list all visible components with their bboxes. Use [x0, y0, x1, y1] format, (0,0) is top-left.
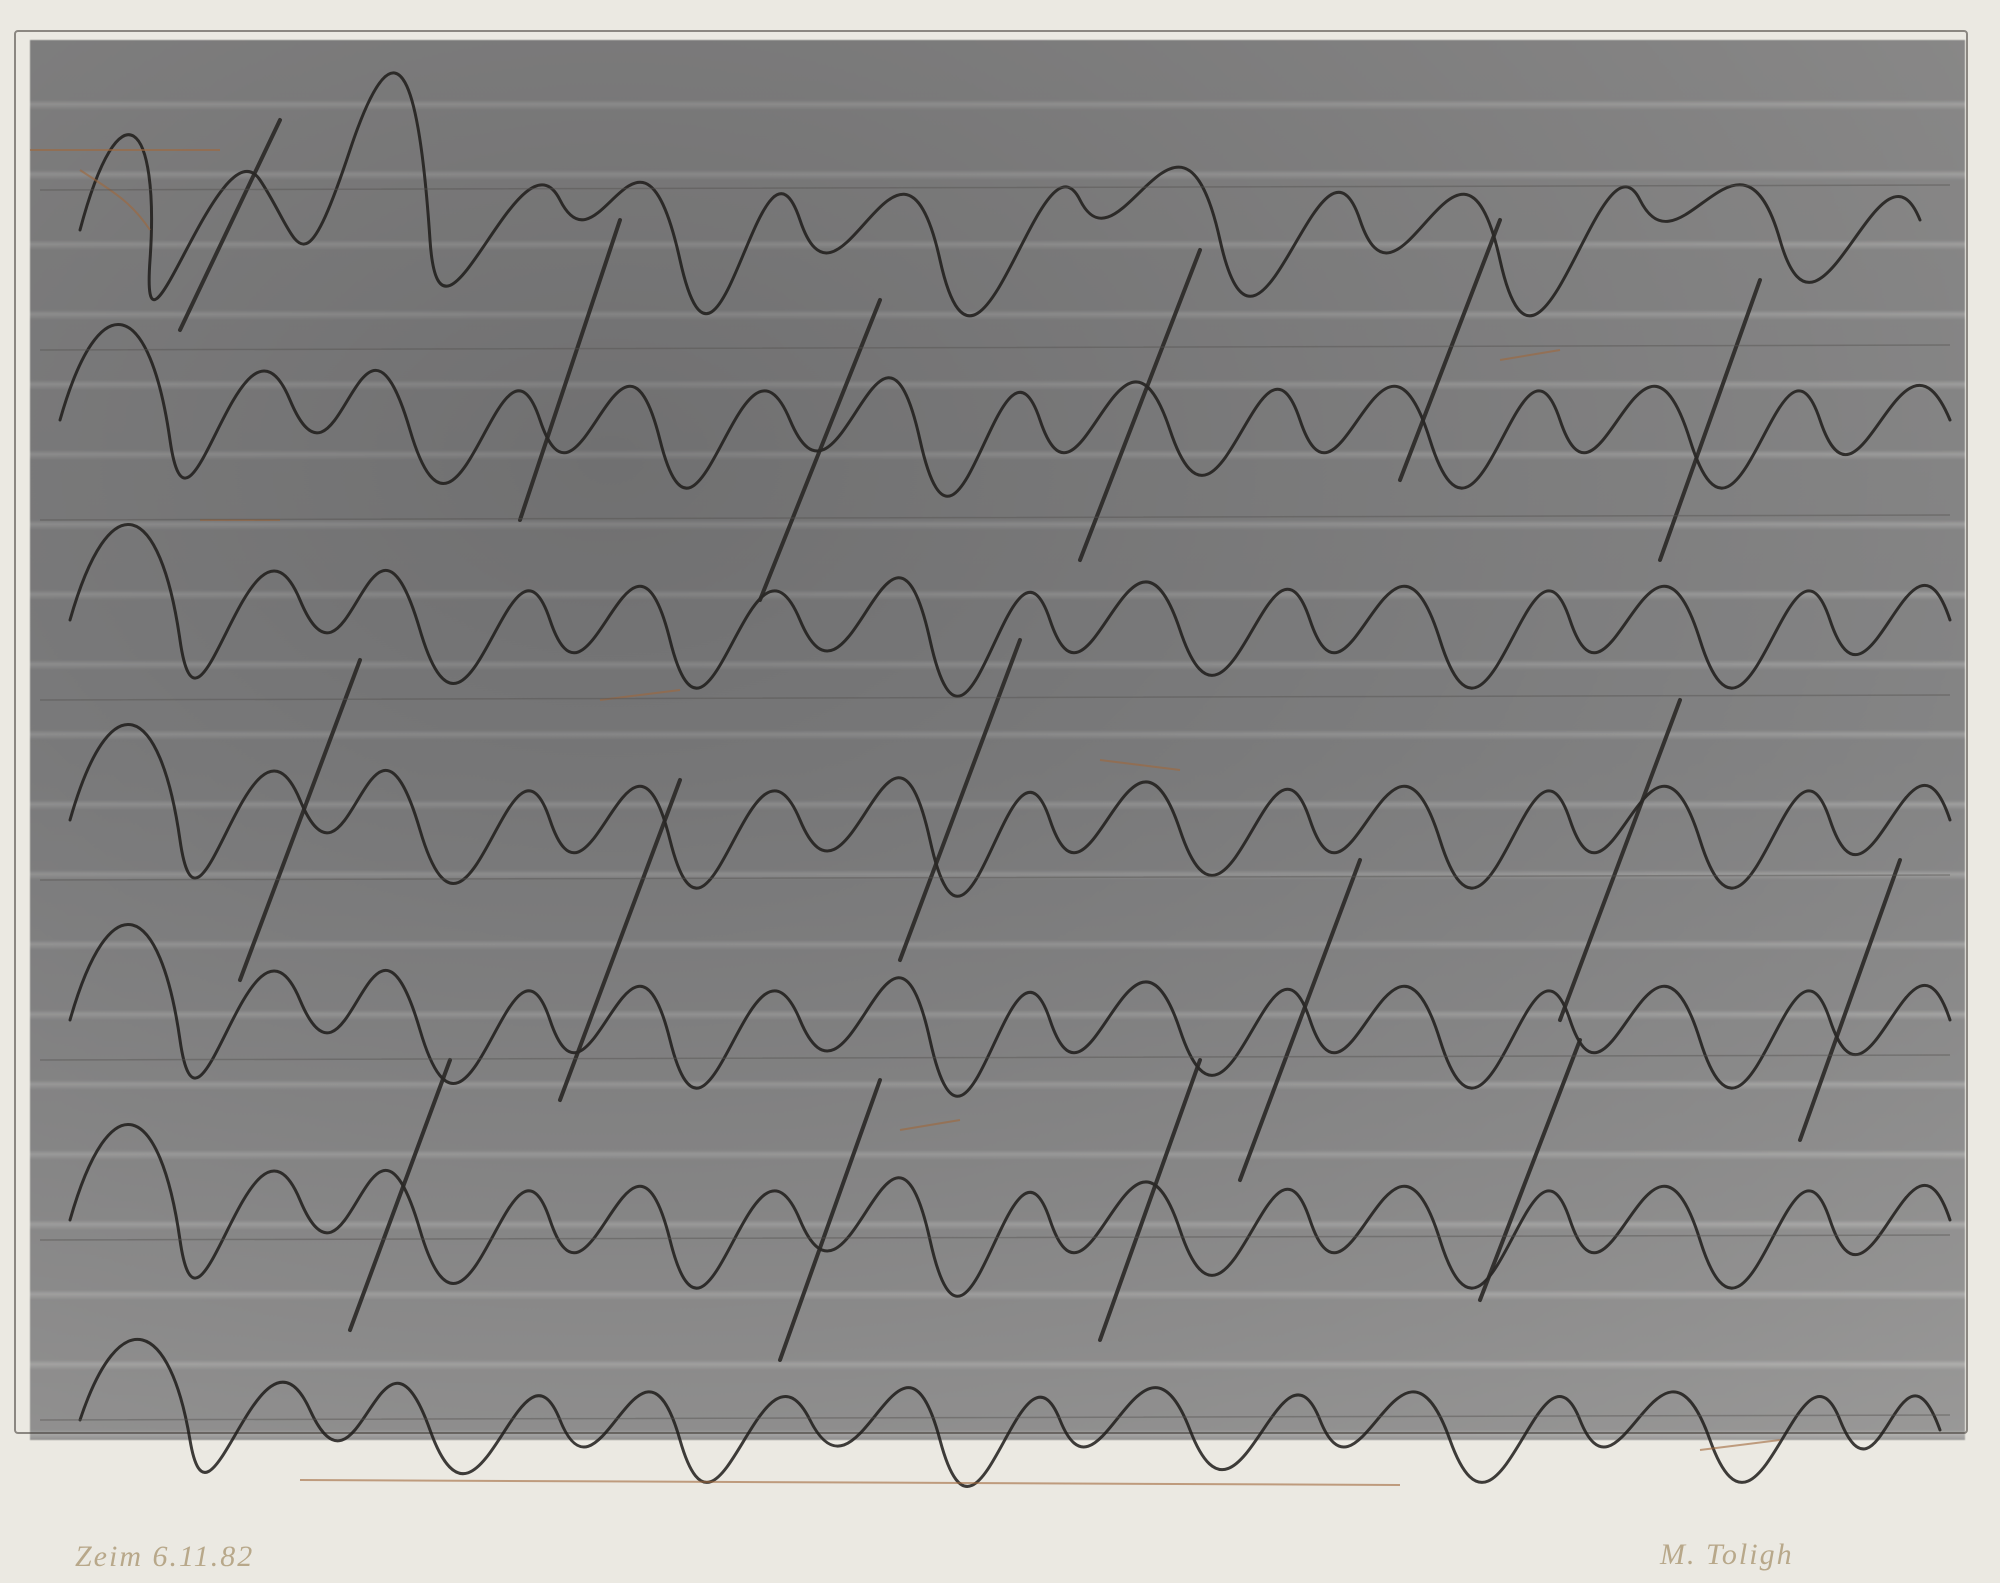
artwork-canvas: Zeim 6.11.82 M. Toligh: [0, 0, 2000, 1583]
asemic-script-scribbles: [0, 0, 2000, 1583]
inscription-place-date: Zeim 6.11.82: [75, 1540, 254, 1574]
artist-signature: M. Toligh: [1660, 1538, 1794, 1572]
